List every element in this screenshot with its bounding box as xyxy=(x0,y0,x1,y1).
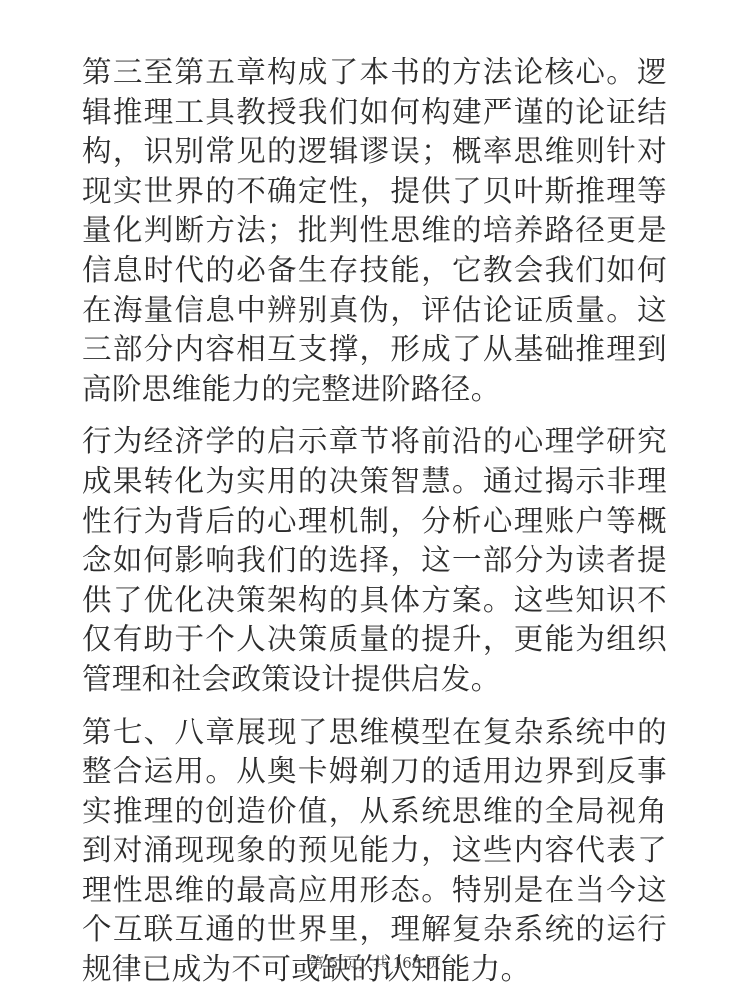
paragraph-methodology: 第三至第五章构成了本书的方法论核心。逻辑推理工具教授我们如何构建严谨的论证结构，… xyxy=(82,53,667,409)
page-number-footer: 第 5 页，共 168 页 xyxy=(0,952,750,973)
document-body: 第三至第五章构成了本书的方法论核心。逻辑推理工具教授我们如何构建严谨的论证结构，… xyxy=(82,53,667,1000)
paragraph-complex-systems: 第七、八章展现了思维模型在复杂系统中的整合运用。从奥卡姆剃刀的适用边界到反事实推… xyxy=(82,713,667,990)
paragraph-behavioral-economics: 行为经济学的启示章节将前沿的心理学研究成果转化为实用的决策智慧。通过揭示非理性行… xyxy=(82,422,667,699)
